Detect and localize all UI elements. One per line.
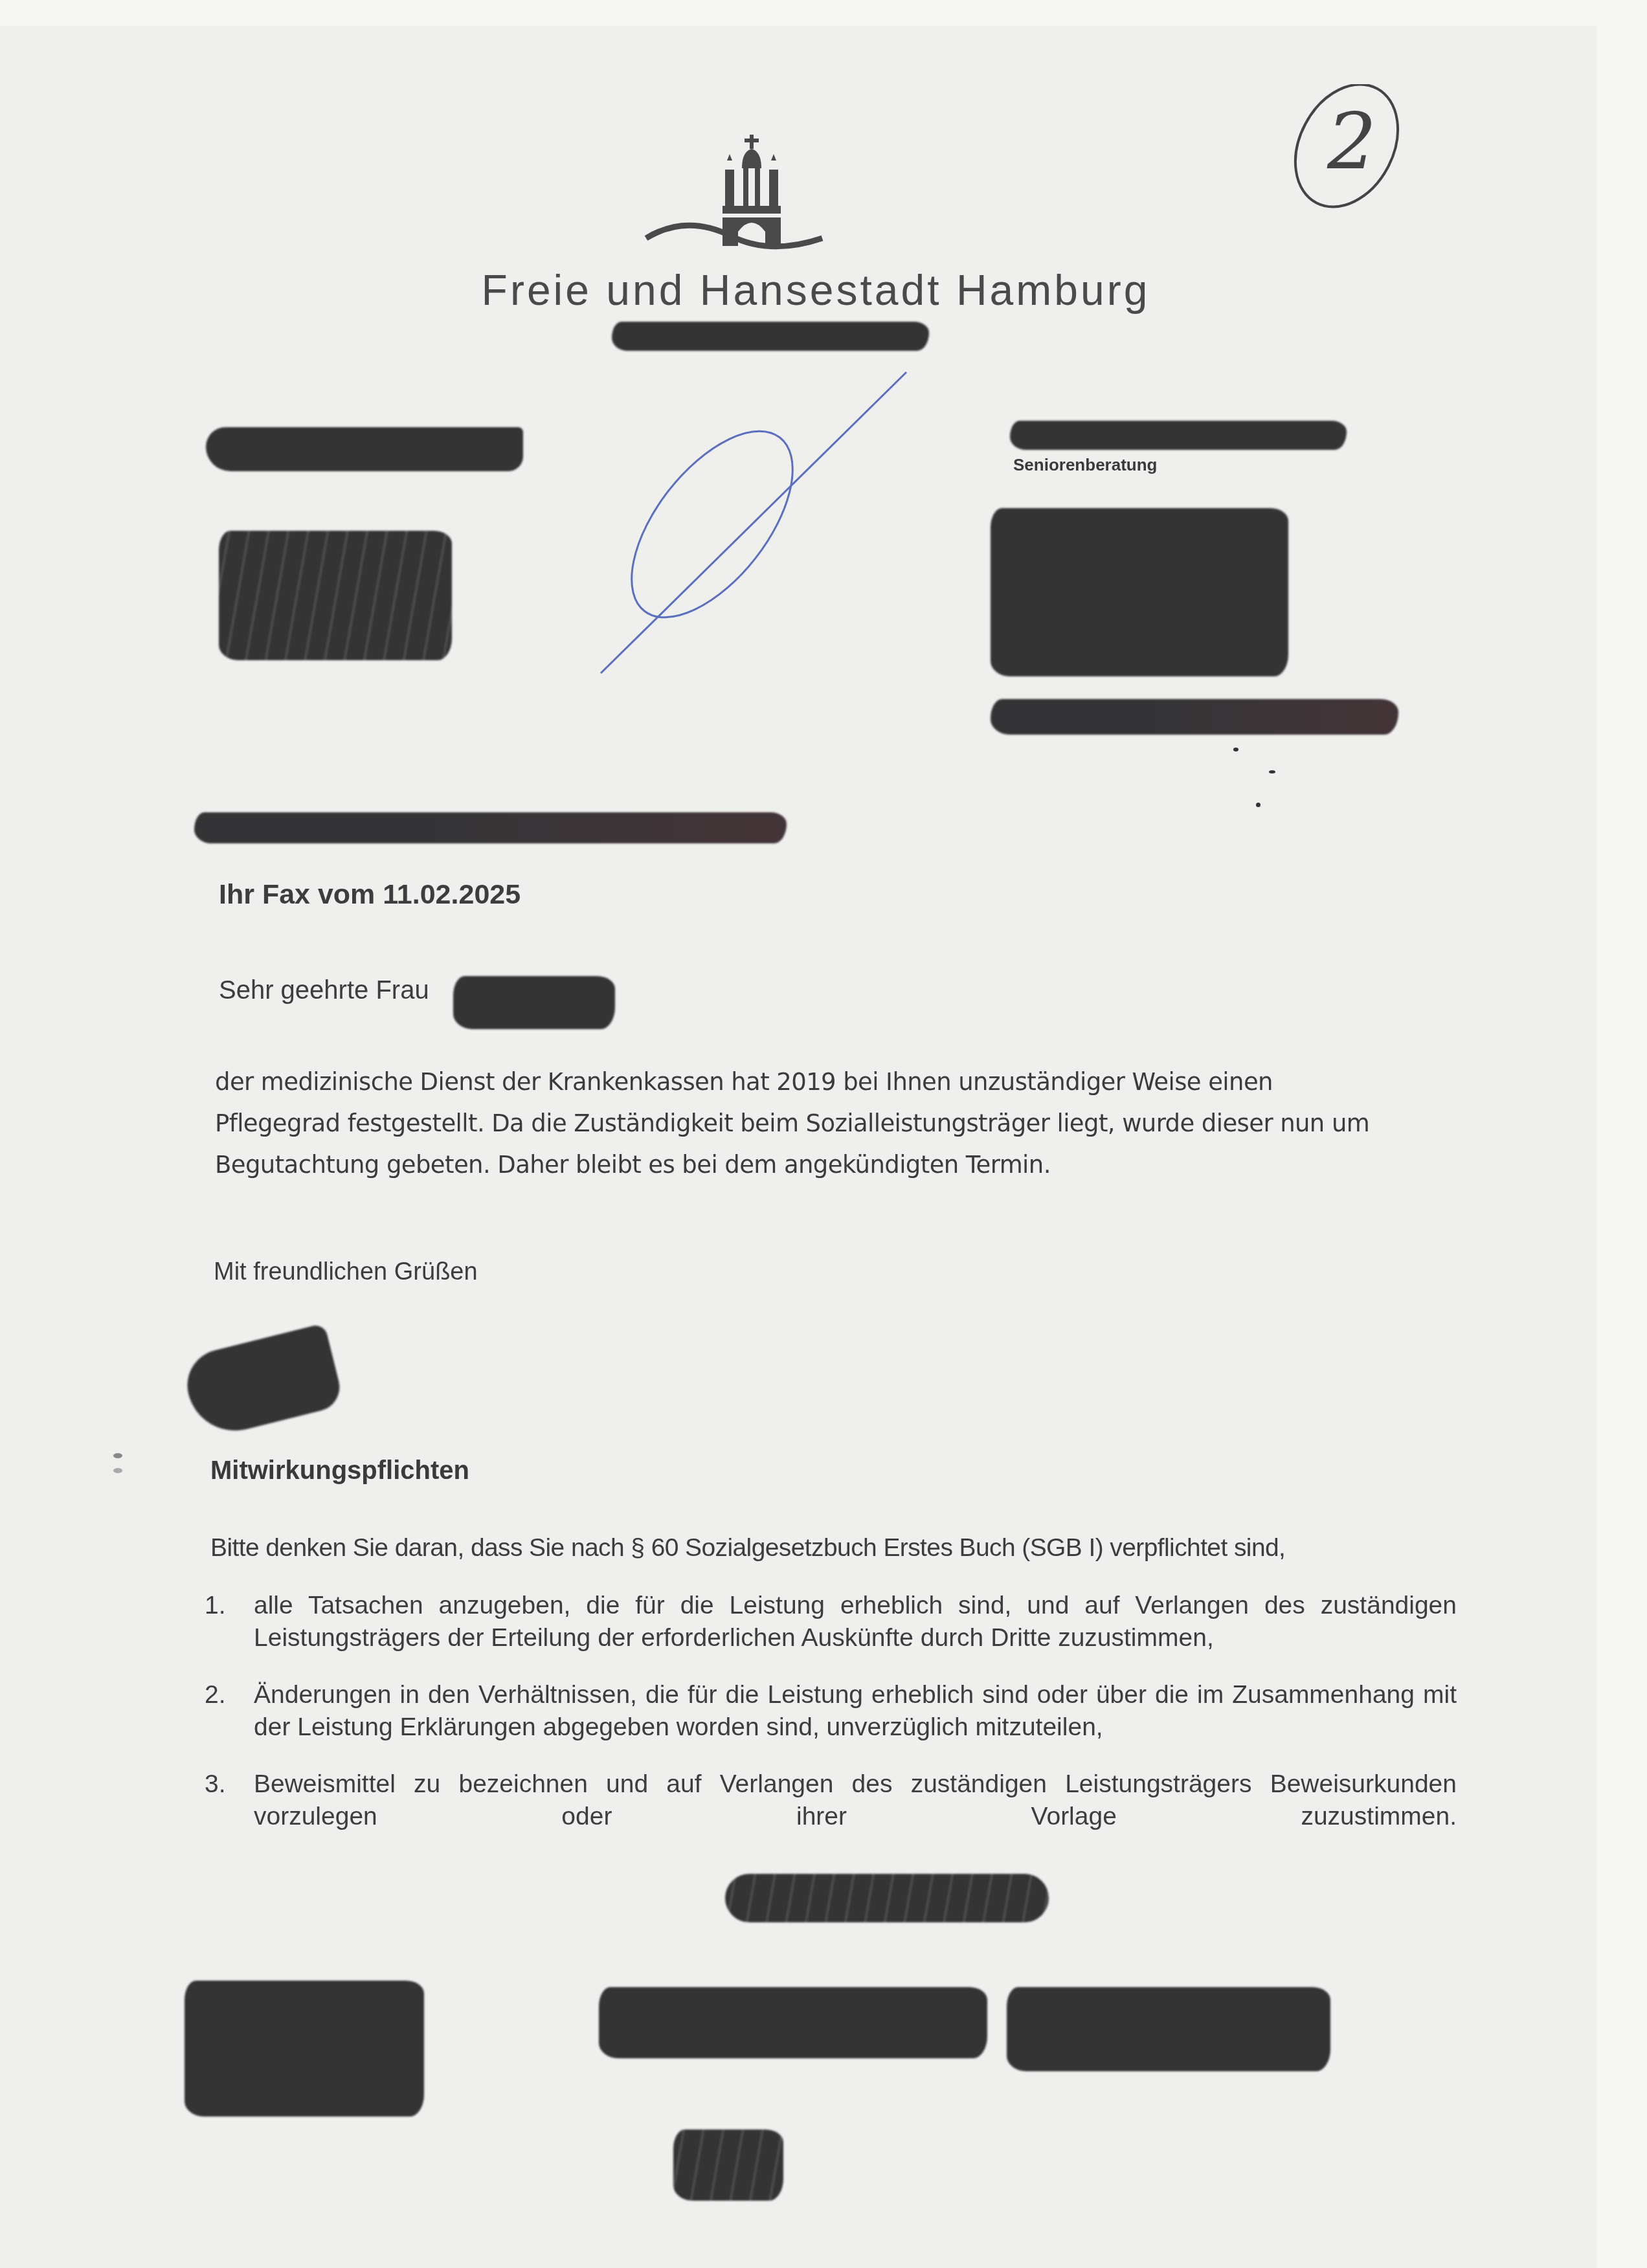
list-item-text: Änderungen in den Verhältnissen, die für… <box>254 1679 1457 1744</box>
body-line: Pflegegrad festgestellt. Da die Zuständi… <box>215 1103 1497 1144</box>
list-item: 2. Änderungen in den Verhältnissen, die … <box>201 1679 1457 1744</box>
redaction-footer-left <box>185 1981 424 2117</box>
hamburg-castle-icon <box>628 129 900 259</box>
scan-speck <box>1233 748 1238 751</box>
handwritten-page-number-circle: 2 <box>1269 84 1411 214</box>
redaction-department <box>612 322 929 351</box>
scan-speck <box>113 1468 122 1473</box>
obligations-intro: Bitte denken Sie daran, dass Sie nach § … <box>210 1534 1505 1562</box>
list-item-text: Beweismittel zu bezeichnen und auf Verla… <box>254 1768 1457 1833</box>
list-item-text: alle Tatsachen anzugeben, die für die Le… <box>254 1590 1457 1654</box>
redaction-sender-contact <box>991 699 1398 735</box>
obligations-title: Mitwirkungspflichten <box>210 1456 469 1485</box>
redaction-footer-bottom <box>673 2129 783 2201</box>
redaction-footer-right <box>1007 1987 1330 2071</box>
redaction-sender-unit <box>1010 421 1347 450</box>
letter-subject: Ihr Fax vom 11.02.2025 <box>219 879 521 911</box>
list-item-number: 1. <box>201 1590 254 1654</box>
body-line: Begutachtung gebeten. Daher bleibt es be… <box>215 1144 1497 1186</box>
salutation: Sehr geehrte Frau <box>219 976 429 1005</box>
svg-text:2: 2 <box>1327 97 1376 187</box>
city-name-heading: Freie und Hansestadt Hamburg <box>414 265 1217 315</box>
redaction-list-word <box>725 1874 1049 1922</box>
redaction-recipient-name <box>453 976 615 1029</box>
scan-speck <box>1269 770 1275 773</box>
list-item: 3. Beweismittel zu bezeichnen und auf Ve… <box>201 1768 1457 1833</box>
letter-body: der medizinische Dienst der Krankenkasse… <box>215 1062 1497 1186</box>
list-item-number: 2. <box>201 1679 254 1744</box>
closing-phrase: Mit freundlichen Grüßen <box>214 1258 478 1286</box>
department-label: Seniorenberatung <box>1013 455 1157 475</box>
redaction-footer-center <box>599 1987 987 2058</box>
body-line: der medizinische Dienst der Krankenkasse… <box>215 1062 1497 1103</box>
redaction-recipient-address <box>219 531 452 660</box>
list-item-number: 3. <box>201 1768 254 1833</box>
redaction-sender-address <box>991 508 1288 676</box>
redaction-reference-line <box>194 812 787 843</box>
obligations-list: 1. alle Tatsachen anzugeben, die für die… <box>201 1590 1457 1833</box>
handwritten-pen-mark <box>583 350 971 803</box>
list-item: 1. alle Tatsachen anzugeben, die für die… <box>201 1590 1457 1654</box>
scan-speck <box>1256 803 1260 807</box>
scan-speck <box>113 1453 122 1458</box>
redaction-sender-name <box>206 427 523 471</box>
